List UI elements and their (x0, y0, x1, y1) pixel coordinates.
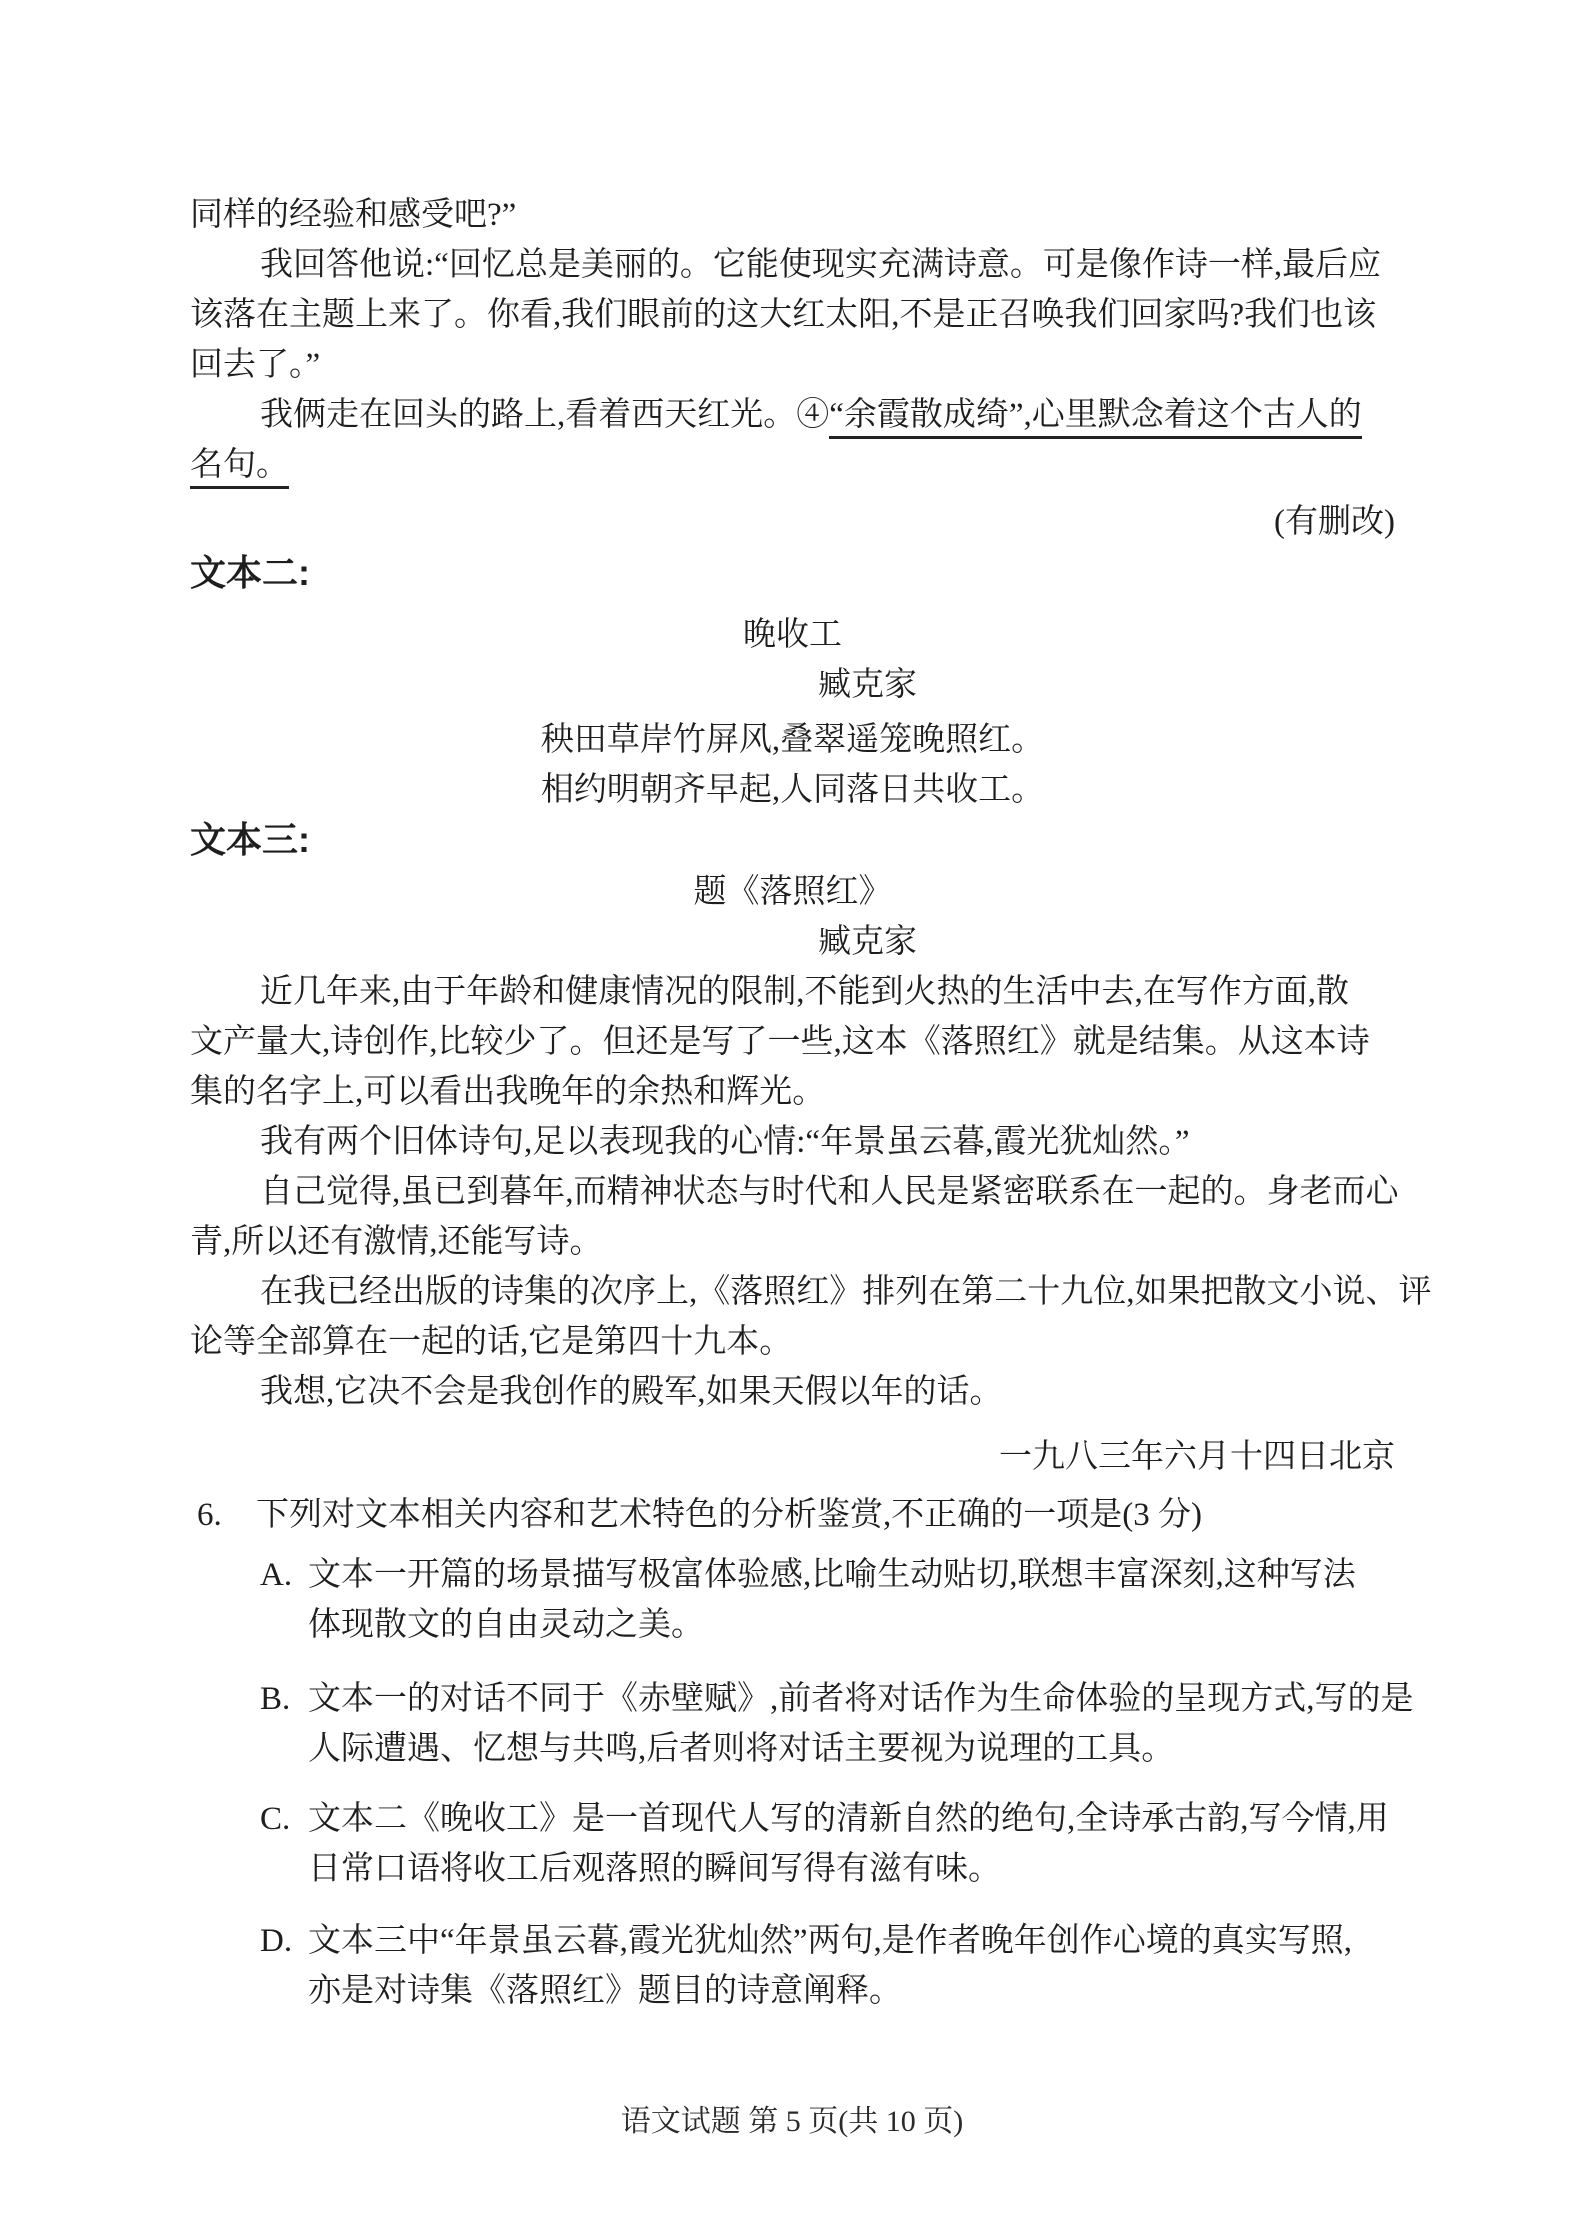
passage-line: 我回答他说:“回忆总是美丽的。它能使现实充满诗意。可是像作诗一样,最后应 (190, 240, 1395, 290)
essay-line: 论等全部算在一起的话,它是第四十九本。 (190, 1317, 1395, 1367)
poem-title: 晚收工 (190, 610, 1395, 660)
option-text: 文本三中“年景虽云暮,霞光犹灿然”两句,是作者晚年创作心境的真实写照, (308, 1923, 1352, 1959)
attribution-note: (有删改) (190, 497, 1395, 547)
question-number: 6. (197, 1490, 256, 1540)
option-b-wrap: 人际遭遇、忆想与共鸣,后者则将对话主要视为说理的工具。 (190, 1724, 1395, 1774)
option-b: B.文本一的对话不同于《赤壁赋》,前者将对话作为生命体验的呈现方式,写的是 (190, 1674, 1395, 1724)
passage-line: 该落在主题上来了。你看,我们眼前的这大红太阳,不是正召唤我们回家吗?我们也该 (190, 290, 1395, 340)
option-label-d: D. (260, 1916, 308, 1966)
page-content: 同样的经验和感受吧?” 我回答他说:“回忆总是美丽的。它能使现实充满诗意。可是像… (190, 190, 1395, 2016)
essay-line: 我想,它决不会是我创作的殿军,如果天假以年的话。 (190, 1367, 1395, 1417)
question-stem: 下列对文本相关内容和艺术特色的分析鉴赏,不正确的一项是(3 分) (256, 1497, 1202, 1533)
option-d-wrap: 亦是对诗集《落照红》题目的诗意阐释。 (190, 1966, 1395, 2016)
essay-author: 臧克家 (190, 917, 1395, 967)
underlined-sentence: 名句。 (190, 447, 289, 489)
option-label-c: C. (260, 1794, 308, 1844)
essay-title: 题《落照红》 (190, 867, 1395, 917)
poem-author: 臧克家 (190, 660, 1395, 710)
option-text: 文本一开篇的场景描写极富体验感,比喻生动贴切,联想丰富深刻,这种写法 (308, 1557, 1356, 1593)
option-c-wrap: 日常口语将收工后观落照的瞬间写得有滋有味。 (190, 1844, 1395, 1894)
option-text: 文本一的对话不同于《赤壁赋》,前者将对话作为生命体验的呈现方式,写的是 (308, 1681, 1414, 1717)
essay-line: 集的名字上,可以看出我晚年的余热和辉光。 (190, 1067, 1395, 1117)
question-6: 6.下列对文本相关内容和艺术特色的分析鉴赏,不正确的一项是(3 分) (190, 1490, 1395, 1540)
page-footer: 语文试题 第 5 页(共 10 页) (0, 2097, 1584, 2147)
option-c: C.文本二《晚收工》是一首现代人写的清新自然的绝句,全诗承古韵,写今情,用 (190, 1794, 1395, 1844)
text-three-heading: 文本三: (190, 815, 1395, 865)
passage-line: 回去了。” (190, 340, 1395, 390)
option-text: 文本二《晚收工》是一首现代人写的清新自然的绝句,全诗承古韵,写今情,用 (308, 1801, 1389, 1837)
essay-date: 一九八三年六月十四日北京 (190, 1432, 1395, 1482)
option-label-b: B. (260, 1674, 308, 1724)
essay-line: 自己觉得,虽已到暮年,而精神状态与时代和人民是紧密联系在一起的。身老而心 (190, 1167, 1395, 1217)
essay-line: 我有两个旧体诗句,足以表现我的心情:“年景虽云暮,霞光犹灿然。” (190, 1117, 1395, 1167)
essay-line: 在我已经出版的诗集的次序上,《落照红》排列在第二十九位,如果把散文小说、评 (190, 1267, 1395, 1317)
poem-line: 相约明朝齐早起,人同落日共收工。 (190, 765, 1395, 815)
option-d: D.文本三中“年景虽云暮,霞光犹灿然”两句,是作者晚年创作心境的真实写照, (190, 1916, 1395, 1966)
poem-line: 秧田草岸竹屏风,叠翠遥笼晚照红。 (190, 715, 1395, 765)
option-a-wrap: 体现散文的自由灵动之美。 (190, 1600, 1395, 1650)
passage-line: 同样的经验和感受吧?” (190, 190, 1395, 240)
exam-page: 同样的经验和感受吧?” 我回答他说:“回忆总是美丽的。它能使现实充满诗意。可是像… (0, 0, 1584, 2240)
essay-line: 青,所以还有激情,还能写诗。 (190, 1217, 1395, 1267)
essay-line: 近几年来,由于年龄和健康情况的限制,不能到火热的生活中去,在写作方面,散 (190, 967, 1395, 1017)
passage-text-with-marker: 我俩走在回头的路上,看着西天红光。④ (260, 397, 829, 433)
essay-line: 文产量大,诗创作,比较少了。但还是写了一些,这本《落照红》就是结集。从这本诗 (190, 1017, 1395, 1067)
underlined-sentence: “余霞散成绮”,心里默念着这个古人的 (829, 397, 1362, 439)
passage-line: 名句。 (190, 440, 1395, 490)
passage-line: 我俩走在回头的路上,看着西天红光。④“余霞散成绮”,心里默念着这个古人的 (190, 390, 1395, 440)
option-label-a: A. (260, 1550, 308, 1600)
option-a: A.文本一开篇的场景描写极富体验感,比喻生动贴切,联想丰富深刻,这种写法 (190, 1550, 1395, 1600)
text-two-heading: 文本二: (190, 548, 1395, 598)
